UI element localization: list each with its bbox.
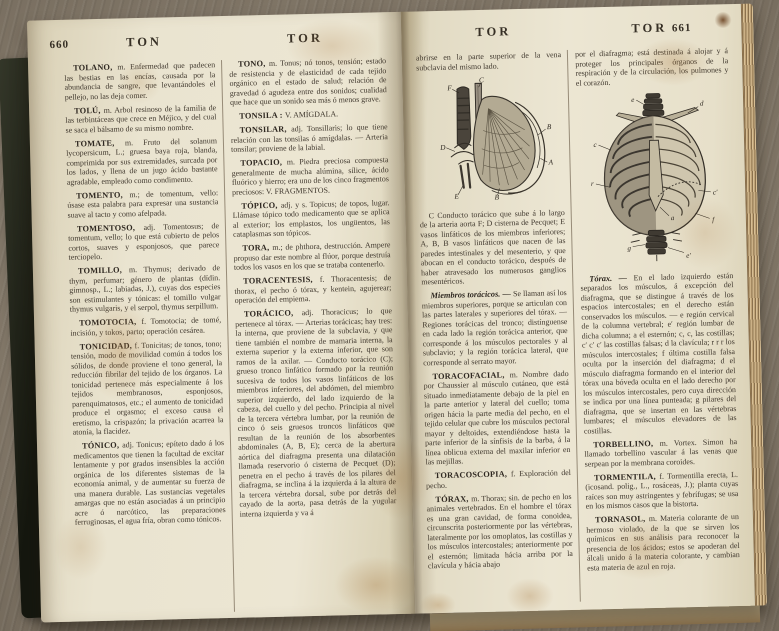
open-book-spread: 660 TON TOR TOLANO, m. Enfermedad que pa… — [27, 4, 767, 623]
figure-label-B-bottom: B — [494, 193, 499, 201]
running-head: TON — [63, 33, 224, 52]
entry-term: TOPACIO, — [240, 158, 287, 168]
entry-text: V. AMÍGDALA. — [285, 109, 338, 119]
dictionary-entry: TORACENTESIS, f. Thoracentesis; de thora… — [234, 273, 392, 305]
entry-term: TÓRAX, — [435, 494, 471, 504]
text-column: TONO, m. Tonus; nó tonos, tensión; estad… — [221, 56, 399, 612]
figure-label-g: g — [627, 244, 631, 252]
entry-term: TORACOSCOPIA, — [435, 469, 511, 480]
entry-text: m. Thorax; sin. de pecho en los animales… — [427, 491, 573, 570]
entry-paragraph: abrirse en la parte superior de la vena … — [416, 50, 562, 72]
dictionary-entry: TOMILLO, m. Thymus; derivado de thym, pe… — [69, 263, 221, 314]
dictionary-entry: TOPACIO, m. Piedra preciosa compuesta ge… — [231, 155, 389, 197]
dictionary-entry: TOLANO, m. Enfermedad que padecen las be… — [64, 60, 216, 102]
entry-term: TOLANO, — [73, 63, 117, 73]
right-page-columns: abrirse en la parte superior de la vena … — [416, 46, 741, 605]
figure-label-f: f — [712, 215, 715, 223]
dictionary-entry: TOMATE, m. Fruto del solanum lycopersicu… — [66, 136, 218, 187]
entry-term: TÓNICO, — [82, 441, 122, 451]
entry-text: Se llaman así los miembros superiores, p… — [422, 288, 568, 367]
figure-label-e: e — [631, 95, 634, 103]
dictionary-entry: TORACOFACIAL, m. Nombre dado por Chaussi… — [423, 368, 570, 466]
entry-term: TOMATE, — [75, 138, 125, 148]
text-column: TOLANO, m. Enfermedad que padecen las be… — [64, 60, 228, 615]
left-page: 660 TON TOR TOLANO, m. Enfermedad que pa… — [27, 12, 415, 623]
figure-label-e-prime: e′ — [686, 251, 691, 259]
ribcage-figure: e d c r c′ f a g e′ — [576, 89, 733, 270]
figure-label-C: C — [478, 76, 483, 84]
entry-text: C Conducto torácico que sube á lo largo … — [420, 208, 566, 287]
figure-label-c: c — [593, 140, 597, 148]
figure-label-E: E — [453, 192, 459, 200]
dictionary-entry: Tórax. — En el lado izquierdo están sepa… — [580, 271, 737, 436]
dictionary-entry: TORNASOL, m. Materia colorante de un her… — [586, 512, 740, 573]
figure-label-B-right: B — [546, 123, 551, 131]
entry-text: f. Tonicitas; de tonos, tono; tensión, m… — [71, 339, 224, 437]
dictionary-entry: TONICIDAD, f. Tonicitas; de tonos, tono;… — [71, 339, 224, 438]
entry-paragraph: por el diafragma; está destinada á aloja… — [575, 46, 729, 88]
text-column: abrirse en la parte superior de la vena … — [416, 50, 574, 605]
figure-label-a: a — [670, 214, 674, 222]
figure-label-F: F — [446, 84, 452, 92]
dictionary-entry: TÓRAX, m. Thorax; sin. de pecho en los a… — [426, 491, 573, 570]
entry-text: adj. Thoracicus; lo que pertenece al tór… — [235, 306, 396, 518]
dictionary-entry: TOLÚ, m. Arbol resinoso de la familia de… — [65, 103, 217, 135]
entry-term: Tórax. — — [589, 273, 633, 283]
dictionary-entry: TORÁCICO, adj. Thoracicus; lo que perten… — [235, 306, 397, 519]
right-page: TOR TOR 661 abrirse en la parte superior… — [401, 4, 755, 614]
dictionary-entry: Miembros torácicos. — Se llaman así los … — [421, 288, 568, 367]
dictionary-entry: TOMENTOSO, adj. Tomentosus; de tomentum,… — [68, 221, 220, 263]
dictionary-entry: TORA, m.; de phthora, destrucción. Amper… — [233, 240, 391, 272]
dictionary-entry: TOMOTOCIA, f. Tomotocia; de tomé, incisi… — [70, 315, 221, 338]
left-page-columns: TOLANO, m. Enfermedad que padecen las be… — [64, 56, 399, 615]
running-head: TOR — [415, 23, 571, 42]
thorax-engraving: e d c r c′ f a g e′ — [577, 89, 731, 264]
dictionary-entry: TONO, m. Tonus; nó tonos, tensión; estad… — [229, 56, 387, 107]
entry-term: TONO, — [238, 59, 269, 69]
entry-term: TÓPICO, — [241, 200, 281, 210]
thoracic-duct-engraving: F C D E B B A — [425, 74, 556, 201]
entry-term: TORA, — [242, 243, 272, 253]
figure-label-c-prime: c′ — [712, 188, 717, 196]
dictionary-entry: TÓNICO, adj. Tonicus; epíteto dado á los… — [73, 438, 226, 527]
left-page-content: 660 TON TOR TOLANO, m. Enfermedad que pa… — [27, 12, 415, 631]
right-page-header: TOR TOR 661 — [415, 17, 727, 48]
dictionary-entry: TORACOSCOPIA, f. Exploración del pecho. — [426, 468, 572, 490]
book-photo: 660 TON TOR TOLANO, m. Enfermedad que pa… — [0, 0, 779, 631]
figure-label-d: d — [699, 99, 703, 107]
figure-label-A: A — [547, 158, 553, 166]
entry-text: m. Nombre dado por Chaussier al músculo … — [424, 368, 571, 466]
dictionary-entry: TONSILAR, adj. Tonsillaris; lo que tiene… — [231, 122, 389, 154]
entry-text: En el lado izquierdo están separados los… — [580, 271, 736, 436]
text-column: por el diafragma; está destinada á aloja… — [567, 46, 741, 602]
entry-term: TOLÚ, — [74, 105, 104, 115]
running-head: TOR — [571, 19, 727, 38]
left-page-header: 660 TON TOR — [63, 27, 385, 59]
entry-text: abrirse en la parte superior de la vena … — [416, 50, 561, 72]
thoracic-duct-figure: F C D E B B A — [416, 74, 564, 206]
dictionary-entry: TONSILA : V. AMÍGDALA. — [230, 108, 387, 121]
dictionary-entry: TORMENTILA, f. Tormentilla erecta, L. (i… — [585, 470, 739, 512]
dictionary-entry: TOMENTO, m.; de tomentum, vello: úsase e… — [67, 188, 219, 220]
page-number: 661 — [672, 22, 692, 34]
figure-label-D: D — [439, 143, 446, 151]
entry-text: adj. Tonicus; epíteto dado á los medicam… — [73, 438, 226, 527]
entry-paragraph: C Conducto torácico que sube á lo largo … — [420, 208, 567, 287]
right-page-content: TOR TOR 661 abrirse en la parte superior… — [401, 4, 755, 627]
entry-term: TONSILA : — [239, 111, 285, 121]
running-head: TOR — [224, 29, 385, 48]
dictionary-entry: TORBELLINO, m. Vortex. Simon ha llamado … — [584, 437, 738, 469]
dictionary-entry: TÓPICO, adj. y s. Topicus; de topos, lug… — [232, 198, 390, 240]
figure-label-r: r — [590, 179, 593, 187]
entry-text: por el diafragma; está destinada á aloja… — [575, 46, 728, 87]
